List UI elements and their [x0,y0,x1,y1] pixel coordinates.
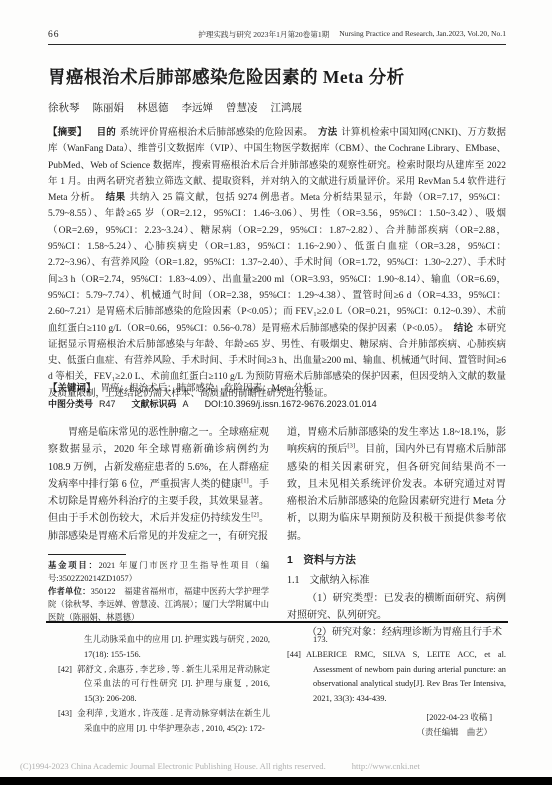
page-number: 66 [48,30,60,40]
abstract-conclusion-label: 结论 [454,323,473,334]
received-date: [2022-04-23 收稿 ] [287,711,506,726]
reference-item-42: [42]郭舒文 , 余惠芬 , 李艺珍 , 等 . 新生儿采用足背动脉定位采血法… [58,663,270,707]
article-title: 胃癌根治术后肺部感染危险因素的 Meta 分析 [48,64,506,89]
citation-ref-2: [2] [251,512,259,519]
fund-line: 基金项目：2021 年厦门市医疗卫生指导性项目（编号:3502Z20214ZD1… [48,559,269,585]
abstract-methods-label: 方法 [318,127,337,138]
cnki-footer: (C)1994-2023 China Academic Journal Elec… [20,761,532,771]
keywords-line: 【关键词】胃癌；根治术后；肺部感染；危险因素；Meta 分析 [48,380,506,394]
reference-number: [43] [58,709,72,718]
copyright-text: (C)1994-2023 China Academic Journal Elec… [20,761,326,771]
abstract-label: 【摘要】 [48,127,87,138]
author: 江鸿展 [271,103,303,114]
author: 曾慧凌 [226,103,258,114]
affiliation-line: 作者单位：350122 福建省福州市，福建中医药大学护理学院（徐秋琴、李远婵、曾… [48,585,269,624]
clc-value: R47 [99,399,116,409]
page-header: 66 护理实践与研究 2023年1月第20卷第1期 Nursing Practi… [48,29,506,40]
reference-text: ALBERICE RMC, SILVA S, LEITE ACC, et al.… [306,650,506,703]
citation-ref-3: [3] [347,443,355,450]
body-left-column: 胃癌是临床常见的恶性肿瘤之一。全球癌症观察数据显示，2020 年全球胃癌新确诊病… [48,424,269,624]
clc-label: 中图分类号 [48,399,93,409]
keywords-text: 胃癌；根治术后；肺部感染；危险因素；Meta 分析 [101,384,313,394]
bottom-black-bar [0,777,552,785]
reference-number: [42] [58,665,72,674]
footnote-block: 基金项目：2021 年厦门市医疗卫生指导性项目（编号:3502Z20214ZD1… [48,559,269,624]
references-left-column: 生儿动脉采血中的应用 [J]. 护理实践与研究 , 2020, 17(18): … [58,633,270,737]
reference-item-44: [44]ALBERICE RMC, SILVA S, LEITE ACC, et… [287,648,506,707]
references-divider [46,621,508,623]
doc-code-value: A [183,399,189,409]
journal-info: 护理实践与研究 2023年1月第20卷第1期 Nursing Practice … [198,29,506,40]
author-list: 徐秋琴陈丽娟林恩德李远婵曾慧凌江鸿展 [48,100,315,115]
section-heading-1: 1 资料与方法 [287,552,506,569]
intro-paragraph-left: 胃癌是临床常见的恶性肿瘤之一。全球癌症观察数据显示，2020 年全球胃癌新确诊病… [48,424,269,545]
reference-continuation: 173. [287,633,506,648]
affiliation-label: 作者单位： [48,586,91,596]
cnki-url: http://www.cnki.net [352,761,420,771]
intro-text: 胃癌是临床常见的恶性肿瘤之一。全球癌症观察数据显示，2020 年全球胃癌新确诊病… [48,427,269,490]
journal-page: 66 护理实践与研究 2023年1月第20卷第1期 Nursing Practi… [0,0,552,785]
abstract-objective-label: 目的 [97,127,116,138]
journal-title-cn: 护理实践与研究 2023年1月第20卷第1期 [198,29,329,40]
author: 徐秋琴 [48,103,80,114]
references-right-column: 173. [44]ALBERICE RMC, SILVA S, LEITE AC… [287,633,506,741]
reference-continuation: 生儿动脉采血中的应用 [J]. 护理实践与研究 , 2020, 17(18): … [58,633,270,663]
header-divider [48,44,506,45]
abstract-objective-text: 系统评价胃癌根治术后肺部感染的危险因素。 [120,128,313,138]
author: 陈丽娟 [93,103,125,114]
reference-number: [44] [287,650,301,659]
abstract-results-text: 共纳入 25 篇文献，包括 9274 例患者。Meta 分析结果显示，年龄（OR… [48,193,506,333]
intro-paragraph-right: 道，胃癌术后肺部感染的发生率达 1.8~18.1%，影响疾病的预后[3]。目前，… [287,424,506,545]
doc-code-label: 文献标识码 [132,399,177,409]
responsible-editor: （责任编辑 曲艺） [287,726,506,741]
keywords-label: 【关键词】 [48,383,96,394]
body-right-column: 道，胃癌术后肺部感染的发生率达 1.8~18.1%，影响疾病的预后[3]。目前，… [287,424,506,642]
footnote-divider [48,554,126,555]
reference-item-43: [43]金利萍 , 戈道水 , 许茂莲 . 足背动脉穿刺法在新生儿采血中的应用 … [58,707,270,737]
reference-text: 金利萍 , 戈道水 , 许茂莲 . 足背动脉穿刺法在新生儿采血中的应用 [J].… [77,709,270,733]
abstract: 【摘要】目的系统评价胃癌根治术后肺部感染的危险因素。方法计算机检索中国知网(CN… [48,125,506,402]
section-heading-1-1: 1.1 文献纳入标准 [287,572,506,589]
intro-text: 。目前，国内外已有胃癌术后肺部感染的相关因素研究，但各研究间结果尚不一致，且未见… [287,444,506,541]
journal-title-en: Nursing Practice and Research, Jan.2023,… [339,29,506,40]
reference-text: 郭舒文 , 余惠芬 , 李艺珍 , 等 . 新生儿采用足背动脉定位采血法的可行性… [77,665,270,704]
fund-label: 基金项目： [48,560,99,570]
author: 林恩德 [137,103,169,114]
doi: DOI:10.3969/j.issn.1672-9676.2023.01.014 [205,399,377,409]
classification-line: 中图分类号R47文献标识码ADOI:10.3969/j.issn.1672-96… [48,397,506,410]
author: 李远婵 [182,103,214,114]
citation-ref-1: [1] [241,478,249,485]
inclusion-criteria-item-1: （1）研究类型：已发表的横断面研究、病例对照研究、队列研究。 [287,590,506,625]
abstract-results-label: 结果 [106,192,126,203]
